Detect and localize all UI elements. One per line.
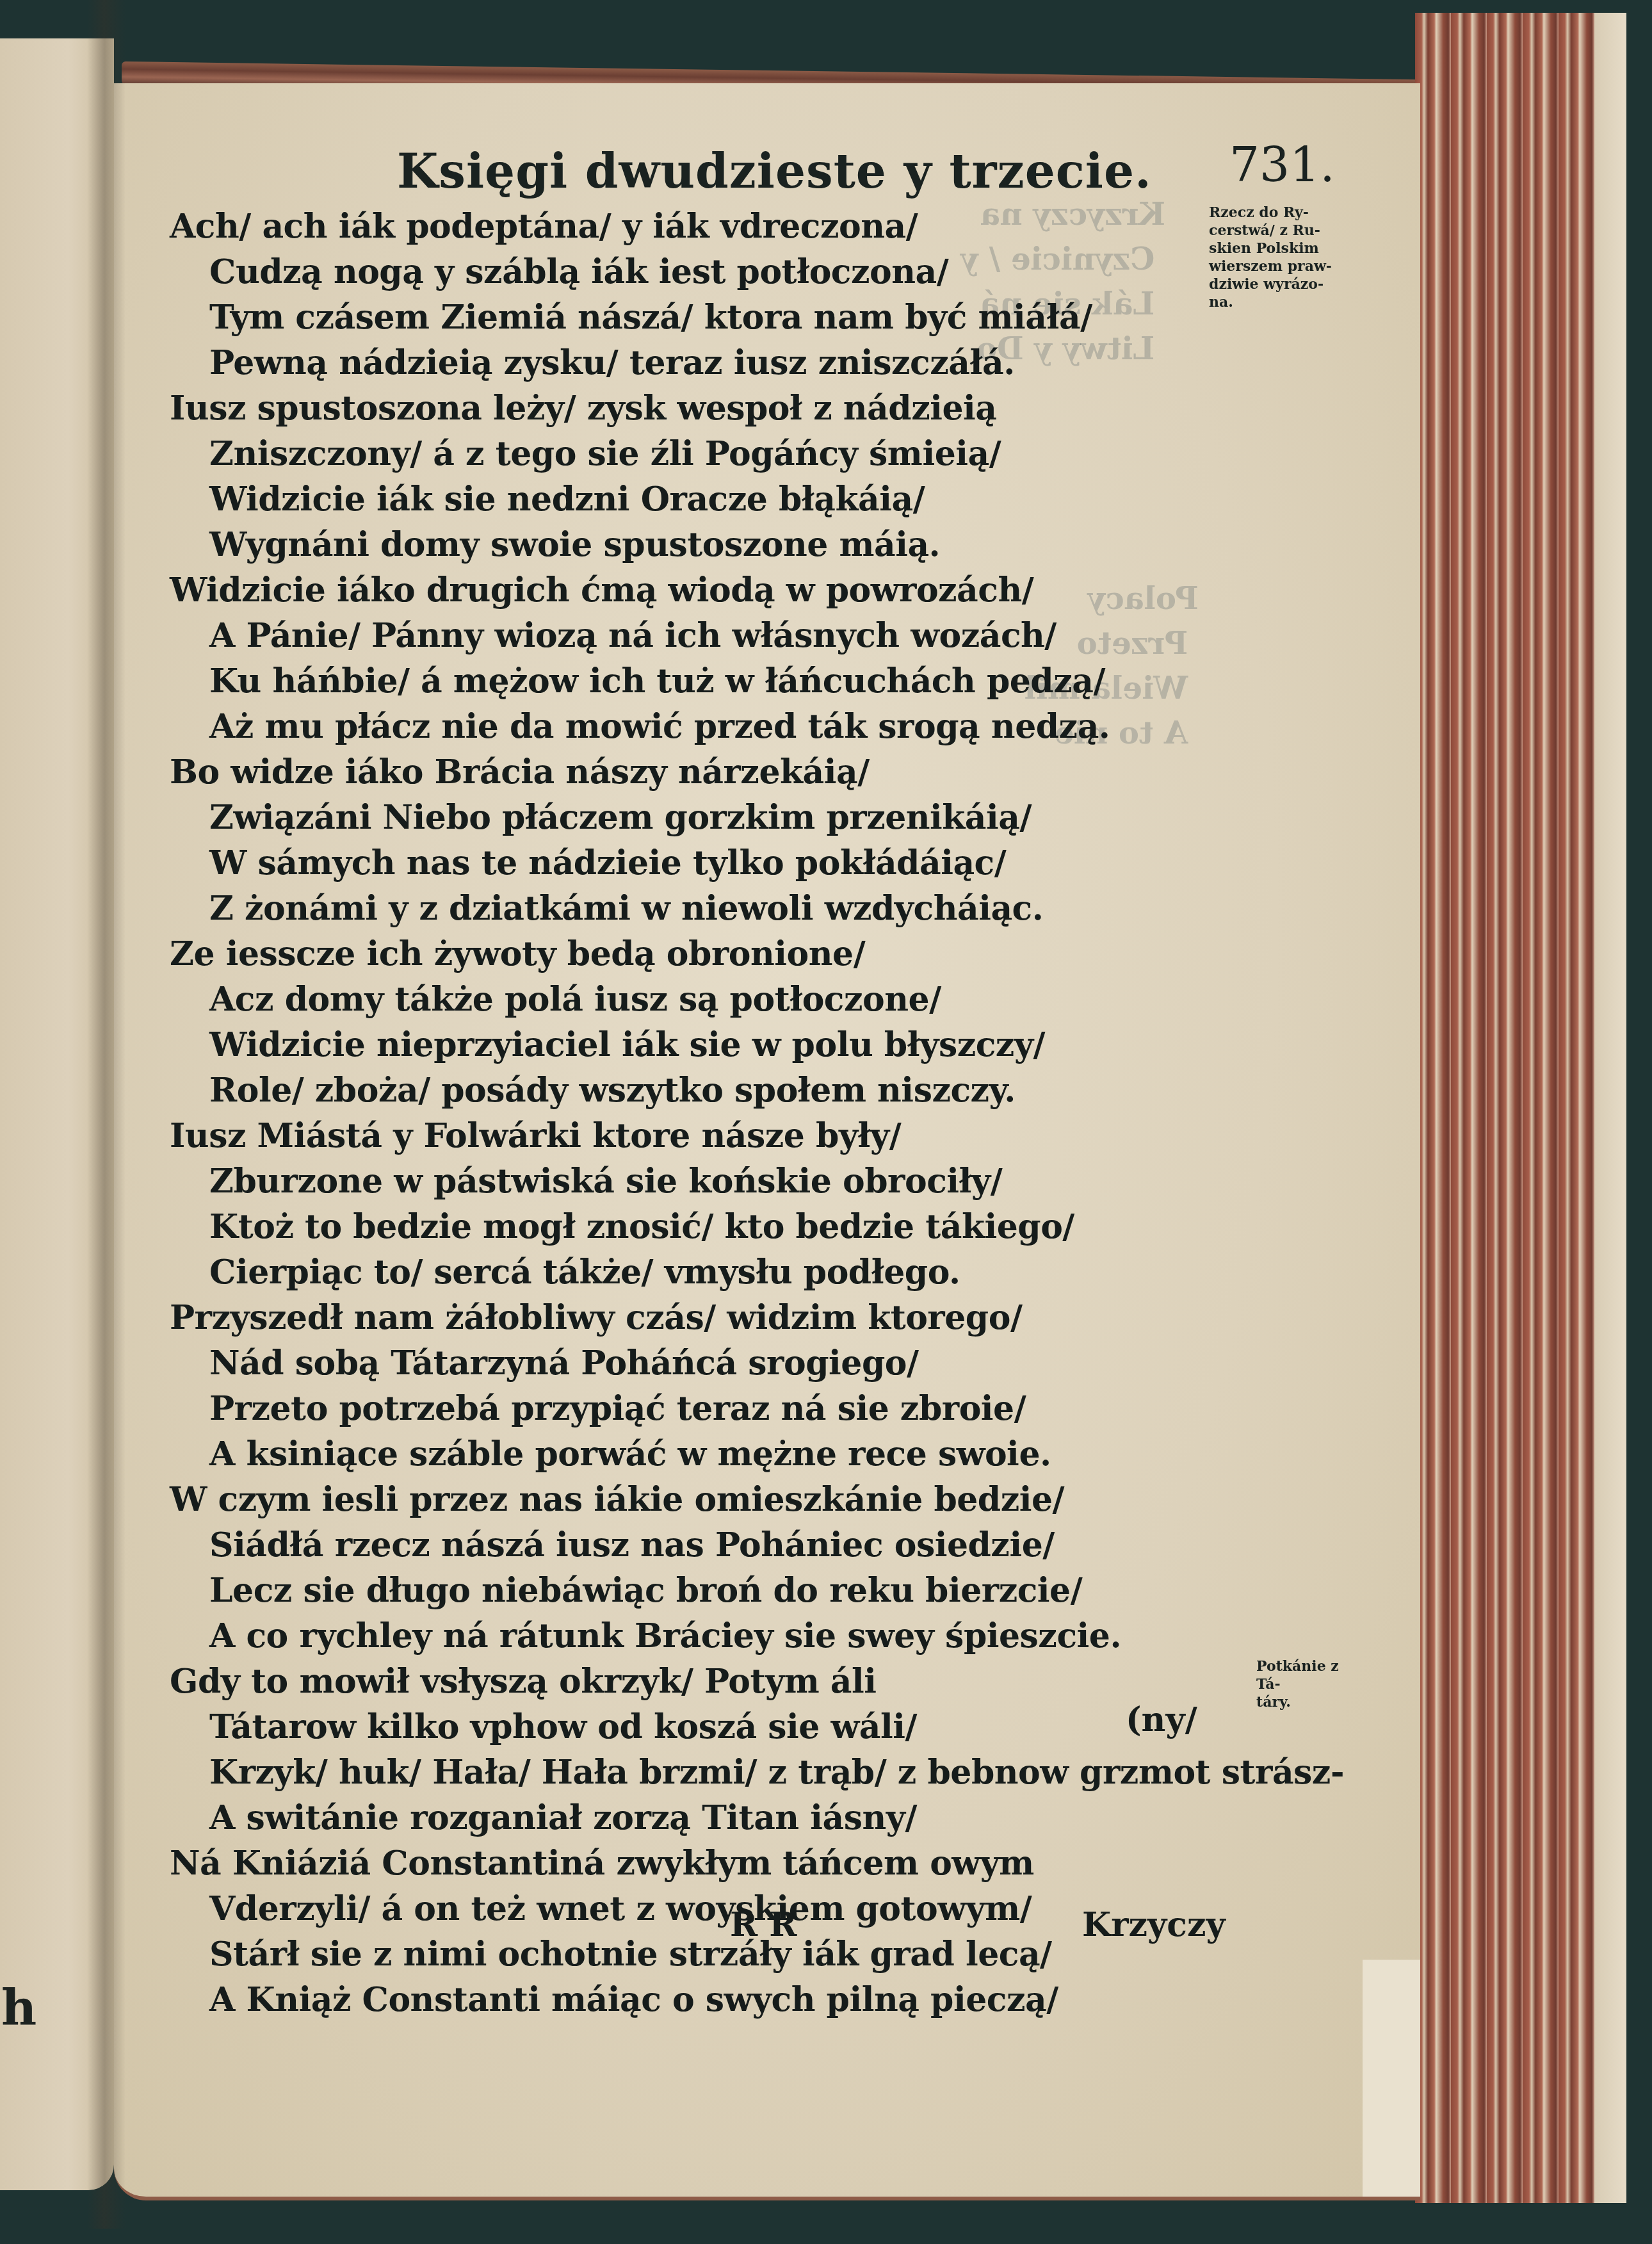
verse-line: Cierpiąc to/ sercá tákże/ vmysłu podłego…	[170, 1249, 1354, 1295]
verse-line: Pewną nádzieią zysku/ teraz iusz zniszcz…	[170, 340, 1354, 386]
verse-line: A Kniąż Constanti máiąc o swych pilną pi…	[170, 1977, 1354, 2022]
verse-line: Acz domy tákże polá iusz są potłoczone/	[170, 977, 1354, 1022]
verse-line: Krzyk/ huk/ Hała/ Hała brzmi/ z trąb/ z …	[170, 1750, 1354, 1795]
verse-line: W sámych nas te nádzieie tylko pokłádáią…	[170, 840, 1354, 886]
verse-line: Ku háńbie/ á mężow ich tuż w łáńcuchách …	[170, 658, 1354, 704]
gutter-shadow	[87, 0, 126, 2229]
verse-line: A ksiniące száble porwáć w mężne rece sw…	[170, 1431, 1354, 1477]
verse-line: A switánie rozganiał zorzą Titan iásny/	[170, 1795, 1354, 1841]
fore-edge	[1415, 13, 1626, 2203]
running-header: Księgi dwudzieste y trzecie.	[397, 144, 1152, 199]
verse-line: Lecz sie długo niebáwiąc broń do reku bi…	[170, 1568, 1354, 1613]
verse-line: Iusz Miástá y Folwárki ktore násze były/	[170, 1113, 1354, 1159]
verse-line: Ná Kniáziá Constantiná zwykłym táńcem ow…	[170, 1841, 1354, 1886]
verse-block: Ach/ ach iák podeptána/ y iák vdreczona/…	[170, 204, 1354, 2022]
verse-line: Wygnáni domy swoie spustoszone máią.	[170, 522, 1354, 567]
folio-number: 731.	[1229, 138, 1335, 193]
turnover-line-end: (ny/	[1126, 1700, 1197, 1739]
verse-line: Przeto potrzebá przypiąć teraz ná sie zb…	[170, 1386, 1354, 1431]
verse-line: Nád sobą Tátarzyná Poháńcá srogiego/	[170, 1340, 1354, 1386]
loose-leaf-edge	[1594, 13, 1626, 2203]
verse-line: Gdy to mowił vsłyszą okrzyk/ Potym áli	[170, 1659, 1354, 1704]
verse-line: Ze iesscze ich żywoty bedą obronione/	[170, 931, 1354, 977]
verse-line: Role/ zboża/ posády wszytko społem niszc…	[170, 1068, 1354, 1113]
verse-line: Bo widze iáko Brácia nászy nárzekáią/	[170, 749, 1354, 795]
verse-line: Widzicie iáko drugich ćmą wiodą w powroz…	[170, 567, 1354, 613]
verse-line: Związáni Niebo płáczem gorzkim przenikái…	[170, 795, 1354, 840]
verse-line: Ach/ ach iák podeptána/ y iák vdreczona/	[170, 204, 1354, 249]
verse-line: Przyszedł nam żáłobliwy czás/ widzim kto…	[170, 1295, 1354, 1340]
previous-page-fragment: h	[1, 1979, 36, 2036]
verse-line: Tym czásem Ziemiá nászá/ ktora nam być m…	[170, 295, 1354, 340]
verse-line: Siádłá rzecz nászá iusz nas Pohániec osi…	[170, 1522, 1354, 1568]
verse-line: A co rychley ná rátunk Bráciey sie swey …	[170, 1613, 1354, 1659]
torn-corner	[1363, 1960, 1420, 2197]
signature-mark: R R	[730, 1905, 797, 1944]
verse-line: Zniszczony/ á z tego sie źli Pogáńcy śmi…	[170, 431, 1354, 476]
catchword: Krzyczy	[1082, 1905, 1226, 1944]
verse-line: W czym iesli przez nas iákie omieszkánie…	[170, 1477, 1354, 1522]
verse-line: Widzicie nieprzyiaciel iák sie w polu bł…	[170, 1022, 1354, 1068]
verse-line: Z żonámi y z dziatkámi w niewoli wzdychá…	[170, 886, 1354, 931]
verse-line: Zburzone w pástwiská sie końskie obrocił…	[170, 1159, 1354, 1204]
verse-line: Ktoż to bedzie mogł znosić/ kto bedzie t…	[170, 1204, 1354, 1249]
verse-line: A Pánie/ Pánny wiozą ná ich włásnych woz…	[170, 613, 1354, 658]
verse-line: Iusz spustoszona leży/ zysk wespoł z nád…	[170, 386, 1354, 431]
verse-line: Aż mu płácz nie da mowić przed ták srogą…	[170, 704, 1354, 749]
verse-line: Widzicie iák sie nedzni Oracze błąkáią/	[170, 476, 1354, 522]
verse-line: Cudzą nogą y száblą iák iest potłoczona/	[170, 249, 1354, 295]
